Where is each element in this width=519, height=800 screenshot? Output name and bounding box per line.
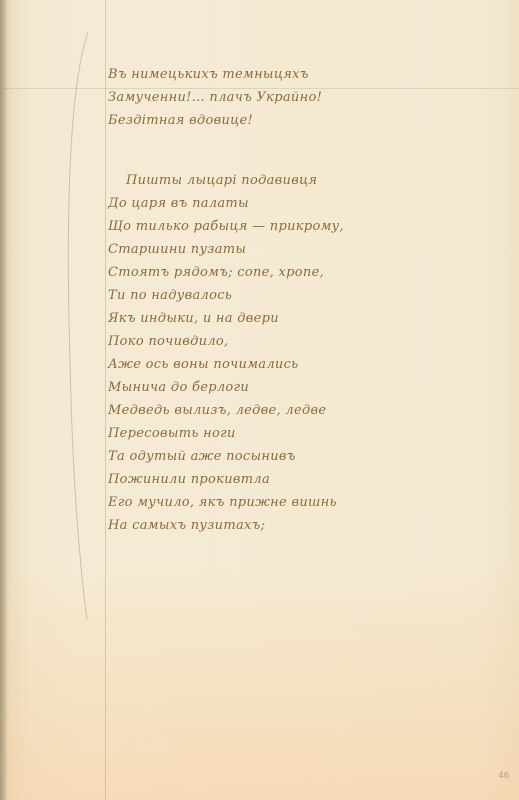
poem-text: Въ нимецькихъ темныцяхъ Замученни!... пл… [108,63,508,537]
stanza-gap [108,132,508,169]
poem-line: Що тилько рабыця — прикрому, [108,215,508,238]
poem-line: До царя въ палаты [108,192,508,215]
poem-line: Замученни!... плачъ Украйно! [108,86,508,109]
margin-line [105,0,106,800]
poem-line: Та одутый аже посынивъ [108,445,508,468]
poem-line: Старшини пузаты [108,238,508,261]
binding-shadow [0,0,8,800]
poem-line: Пишты лыцарі подавивця [108,169,508,192]
poem-line: Аже ось воны почимались [108,353,508,376]
poem-line: Якъ индыки, и на двери [108,307,508,330]
poem-line: Въ нимецькихъ темныцяхъ [108,63,508,86]
poem-line: Поко почивдило, [108,330,508,353]
poem-line: Мынича до берлоги [108,376,508,399]
poem-line: Ти по надувалось [108,284,508,307]
poem-line: Бездітная вдовице! [108,109,508,132]
poem-line: Пожинили прокивтла [108,468,508,491]
poem-line: Стоятъ рядомъ; сопе, хропе, [108,261,508,284]
stanza-1: Въ нимецькихъ темныцяхъ Замученни!... пл… [108,63,508,132]
poem-line: Пересовыть ноги [108,422,508,445]
manuscript-page: Въ нимецькихъ темныцяхъ Замученни!... пл… [0,0,519,800]
poem-line: Медведь вылизъ, ледве, ледве [108,399,508,422]
poem-line: Его мучило, якъ прижне вишнь [108,491,508,514]
page-number: 46 [498,771,509,781]
stanza-2: Пишты лыцарі подавивця До царя въ палаты… [108,169,508,537]
poem-line: На самыхъ пузитахъ; [108,514,508,537]
pencil-arc-mark [60,30,90,620]
